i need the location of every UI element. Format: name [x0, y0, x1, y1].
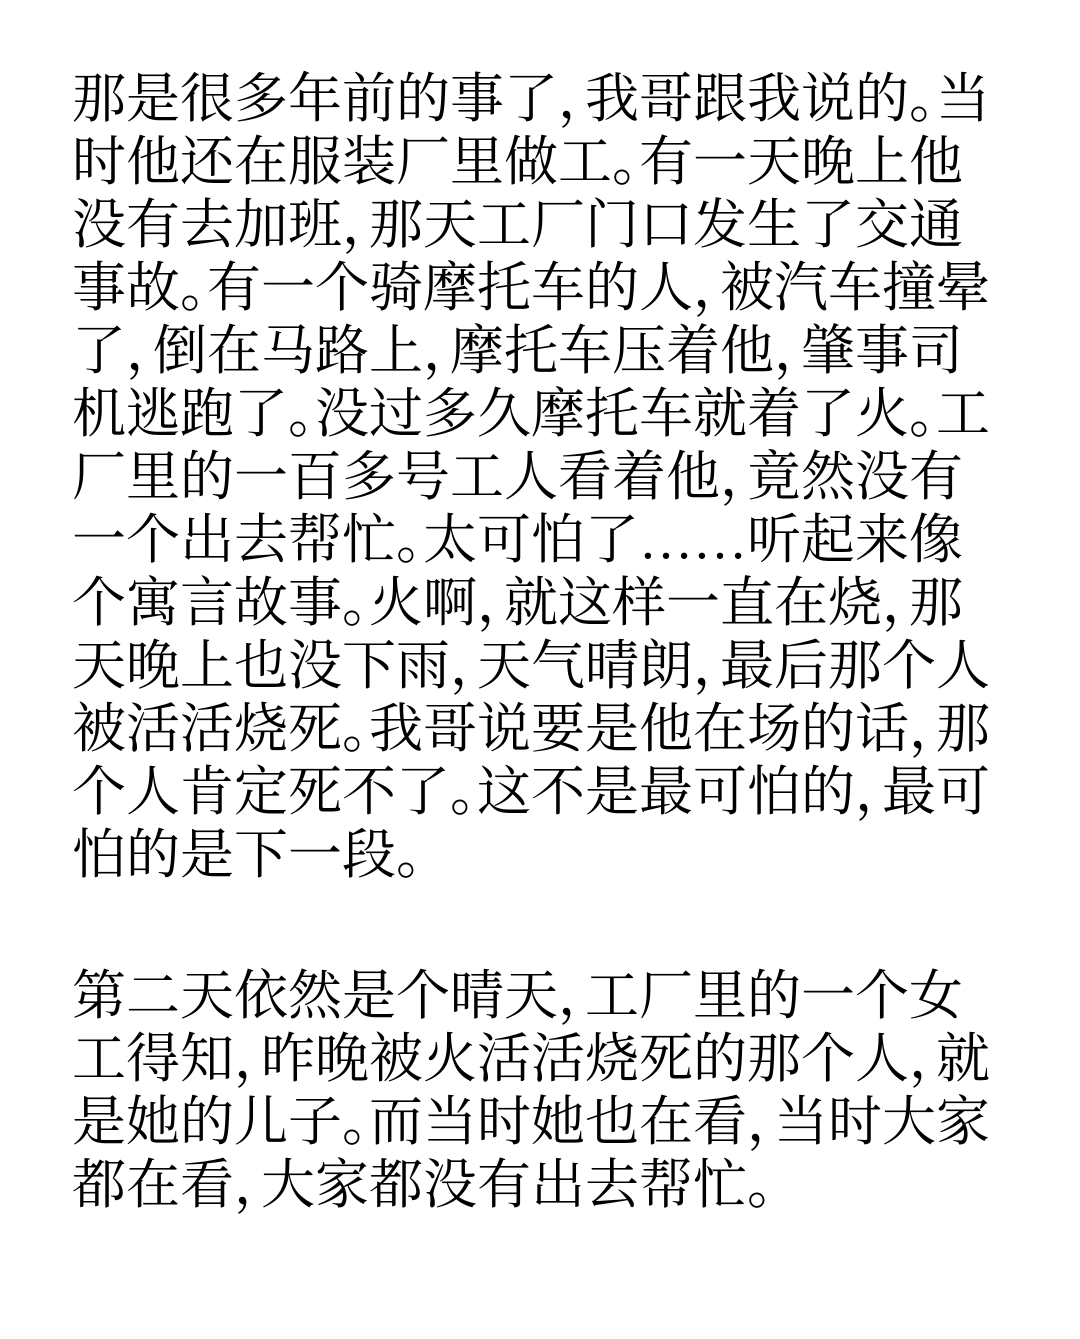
text-line: 机逃跑了。没过多久摩托车就着了火。工 [72, 383, 1008, 446]
text-line: 被活活烧死。我哥说要是他在场的话，那 [72, 698, 1008, 761]
text-line: 是她的儿子。而当时她也在看，当时大家 [72, 1091, 1008, 1154]
text-line: 个人肯定死不了。这不是最可怕的，最可 [72, 761, 1008, 824]
text-line: 怕的是下一段。 [72, 824, 1008, 887]
text-line: 了，倒在马路上，摩托车压着他，肇事司 [72, 320, 1008, 383]
story-paragraph-1: 那是很多年前的事了，我哥跟我说的。当 时他还在服装厂里做工。有一天晚上他 没有去… [72, 68, 1008, 887]
text-line: 时他还在服装厂里做工。有一天晚上他 [72, 131, 1008, 194]
story-paragraph-2: 第二天依然是个晴天，工厂里的一个女 工得知，昨晚被火活活烧死的那个人，就 是她的… [72, 965, 1008, 1217]
document-page: 那是很多年前的事了，我哥跟我说的。当 时他还在服装厂里做工。有一天晚上他 没有去… [0, 0, 1080, 1339]
text-line: 没有去加班，那天工厂门口发生了交通 [72, 194, 1008, 257]
text-line: 那是很多年前的事了，我哥跟我说的。当 [72, 68, 1008, 131]
text-line: 第二天依然是个晴天，工厂里的一个女 [72, 965, 1008, 1028]
text-line: 都在看，大家都没有出去帮忙。 [72, 1154, 1008, 1217]
text-line: 厂里的一百多号工人看着他，竟然没有 [72, 446, 1008, 509]
text-line: 事故。有一个骑摩托车的人，被汽车撞晕 [72, 257, 1008, 320]
text-line: 一个出去帮忙。太可怕了……听起来像 [72, 509, 1008, 572]
text-line: 个寓言故事。火啊，就这样一直在烧，那 [72, 572, 1008, 635]
text-line: 工得知，昨晚被火活活烧死的那个人，就 [72, 1028, 1008, 1091]
text-line: 天晚上也没下雨，天气晴朗，最后那个人 [72, 635, 1008, 698]
